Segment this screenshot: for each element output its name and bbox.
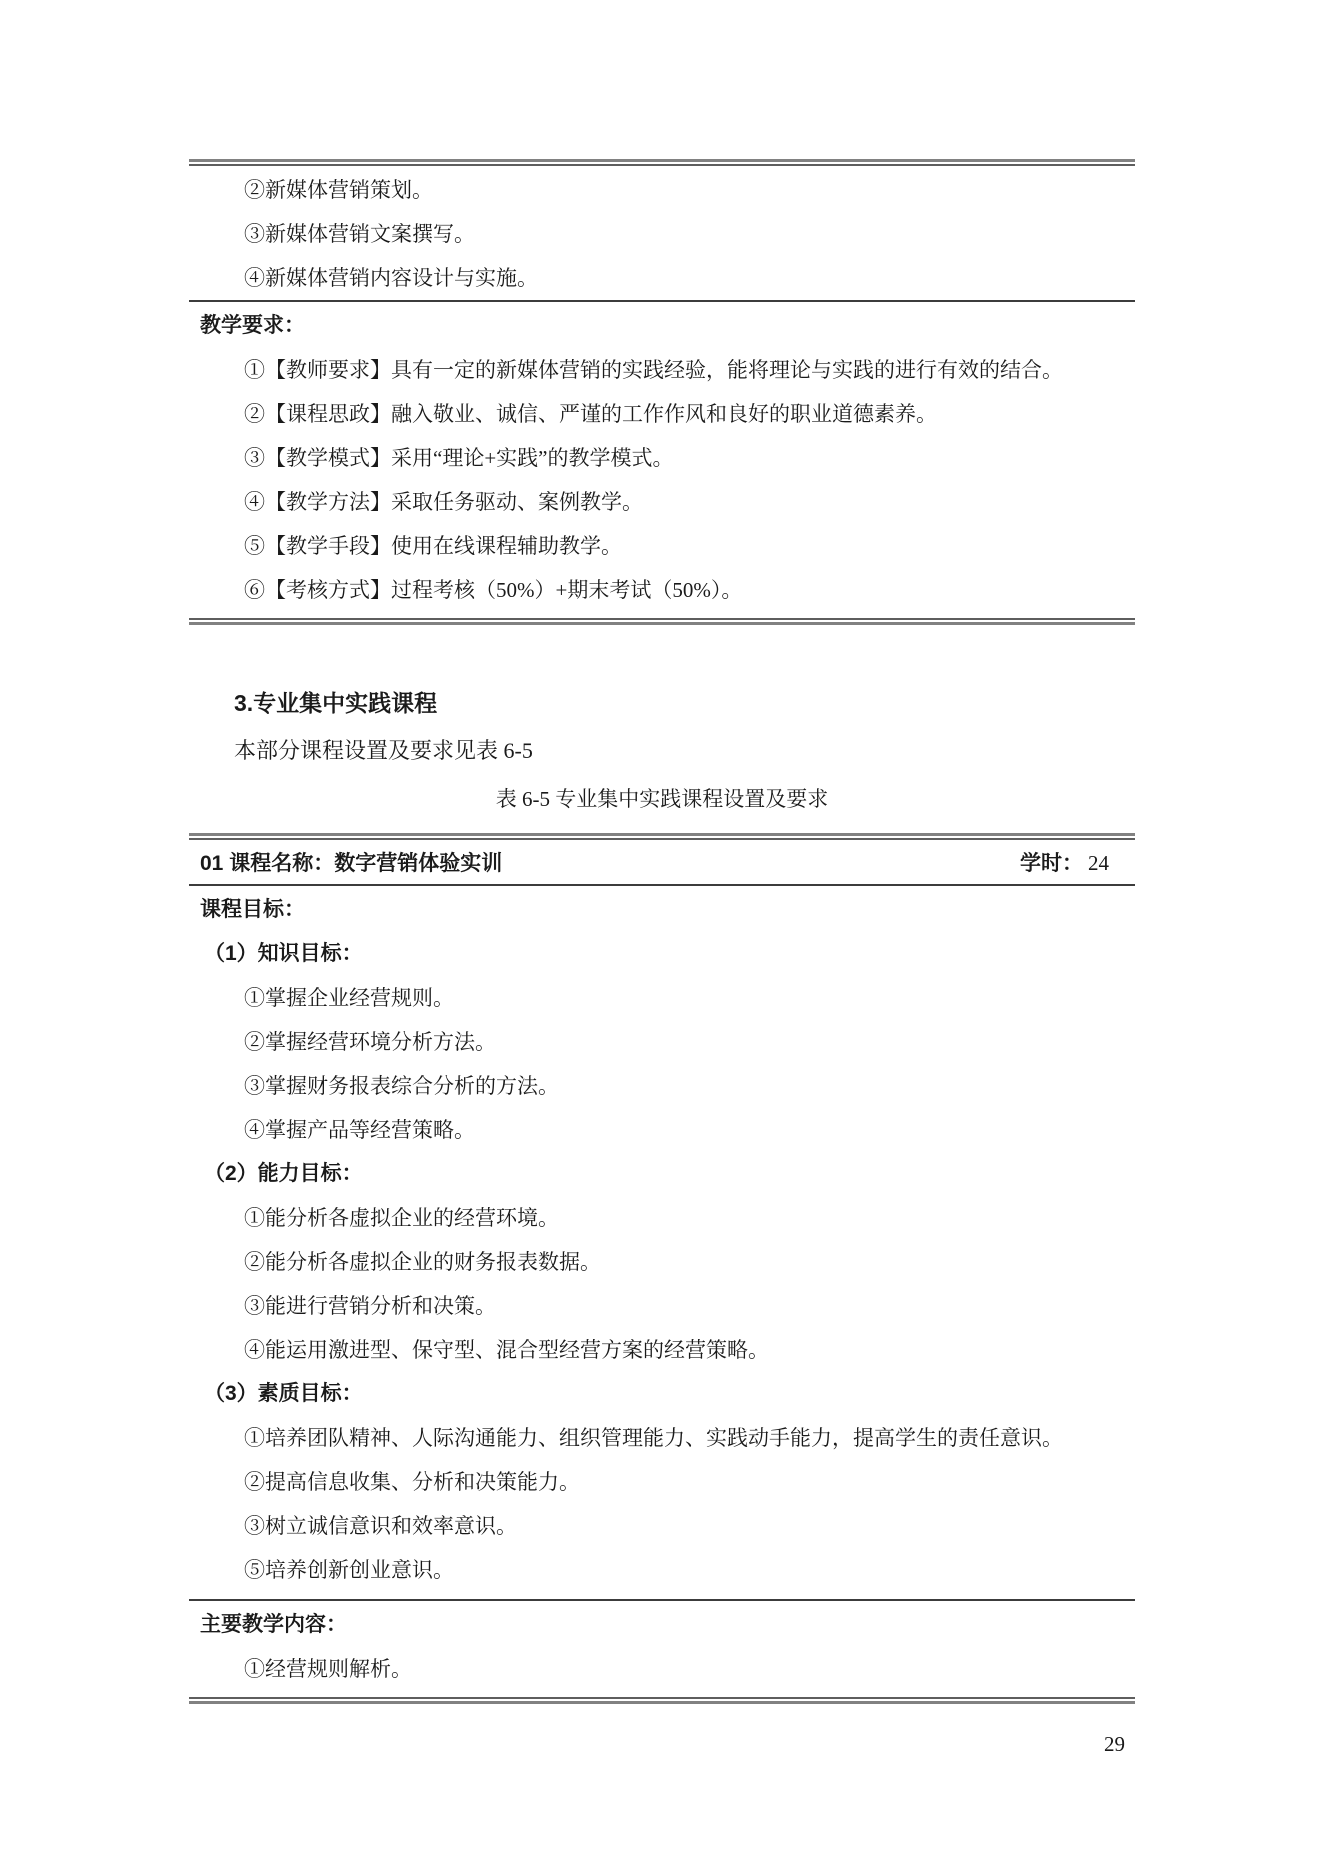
main-teaching-content-cell: 主要教学内容： ①经营规则解析。 [189,1601,1135,1697]
objective-item: ②能分析各虚拟企业的财务报表数据。 [200,1240,1124,1284]
objective-item: ①培养团队精神、人际沟通能力、组织管理能力、实践动手能力，提高学生的责任意识。 [200,1416,1124,1460]
previous-course-table: ②新媒体营销策划。 ③新媒体营销文案撰写。 ④新媒体营销内容设计与实施。 教学要… [189,159,1135,625]
objective-item: ④掌握产品等经营策略。 [200,1108,1124,1152]
course-name: 01 课程名称：数字营销体验实训 [200,847,502,877]
course-hours: 学时：24 [1020,847,1109,877]
objective-group-title: （2）能力目标： [200,1152,1124,1196]
list-item: ③新媒体营销文案撰写。 [200,212,1124,256]
objective-group-title: （3）素质目标： [200,1372,1124,1416]
course-table: 01 课程名称：数字营销体验实训 学时：24 课程目标： （1）知识目标： ①掌… [189,833,1135,1704]
objective-item: ②提高信息收集、分析和决策能力。 [200,1460,1124,1504]
objective-item: ①能分析各虚拟企业的经营环境。 [200,1196,1124,1240]
hours-label: 学时： [1020,852,1083,875]
list-item: ②新媒体营销策划。 [200,168,1124,212]
table-border-top [189,833,1135,840]
course-objectives-heading: 课程目标： [200,888,1124,932]
objective-item: ①掌握企业经营规则。 [200,976,1124,1020]
list-item: ⑤【教学手段】使用在线课程辅助教学。 [200,524,1124,568]
table-border-bottom [189,618,1135,625]
page-content: ②新媒体营销策划。 ③新媒体营销文案撰写。 ④新媒体营销内容设计与实施。 教学要… [189,159,1135,1704]
objective-item: ③掌握财务报表综合分析的方法。 [200,1064,1124,1108]
section-intro: 本部分课程设置及要求见表 6-5 [234,731,1135,771]
objective-item: ④能运用激进型、保守型、混合型经营方案的经营策略。 [200,1328,1124,1372]
objective-item: ③能进行营销分析和决策。 [200,1284,1124,1328]
objective-item: ⑤培养创新创业意识。 [200,1548,1124,1592]
table-caption: 表 6-5 专业集中实践课程设置及要求 [189,779,1135,819]
section-heading: 3.专业集中实践课程 [234,685,1135,721]
list-item: ④【教学方法】采取任务驱动、案例教学。 [200,480,1124,524]
page-number: 29 [1104,1732,1125,1756]
table-border-bottom [189,1697,1135,1704]
list-item: ①经营规则解析。 [200,1647,1124,1691]
list-item: ③【教学模式】采用“理论+实践”的教学模式。 [200,436,1124,480]
objective-group-title: （1）知识目标： [200,932,1124,976]
list-item: ①【教师要求】具有一定的新媒体营销的实践经验，能将理论与实践的进行有效的结合。 [200,348,1124,392]
course-header-row: 01 课程名称：数字营销体验实训 学时：24 [189,840,1135,884]
table-border-top [189,159,1135,166]
document-page: ②新媒体营销策划。 ③新媒体营销文案撰写。 ④新媒体营销内容设计与实施。 教学要… [0,0,1323,1871]
teaching-content-cell: ②新媒体营销策划。 ③新媒体营销文案撰写。 ④新媒体营销内容设计与实施。 [189,166,1135,300]
teaching-content-heading: 主要教学内容： [200,1603,1124,1647]
course-objectives-cell: 课程目标： （1）知识目标： ①掌握企业经营规则。 ②掌握经营环境分析方法。 ③… [189,886,1135,1599]
list-item: ⑥【考核方式】过程考核（50%）+期末考试（50%）。 [200,568,1124,612]
teaching-requirements-heading: 教学要求： [200,304,1124,348]
list-item: ②【课程思政】融入敬业、诚信、严谨的工作作风和良好的职业道德素养。 [200,392,1124,436]
hours-value: 24 [1088,851,1109,875]
teaching-requirements-cell: 教学要求： ①【教师要求】具有一定的新媒体营销的实践经验，能将理论与实践的进行有… [189,302,1135,618]
objective-item: ②掌握经营环境分析方法。 [200,1020,1124,1064]
objective-item: ③树立诚信意识和效率意识。 [200,1504,1124,1548]
list-item: ④新媒体营销内容设计与实施。 [200,256,1124,300]
